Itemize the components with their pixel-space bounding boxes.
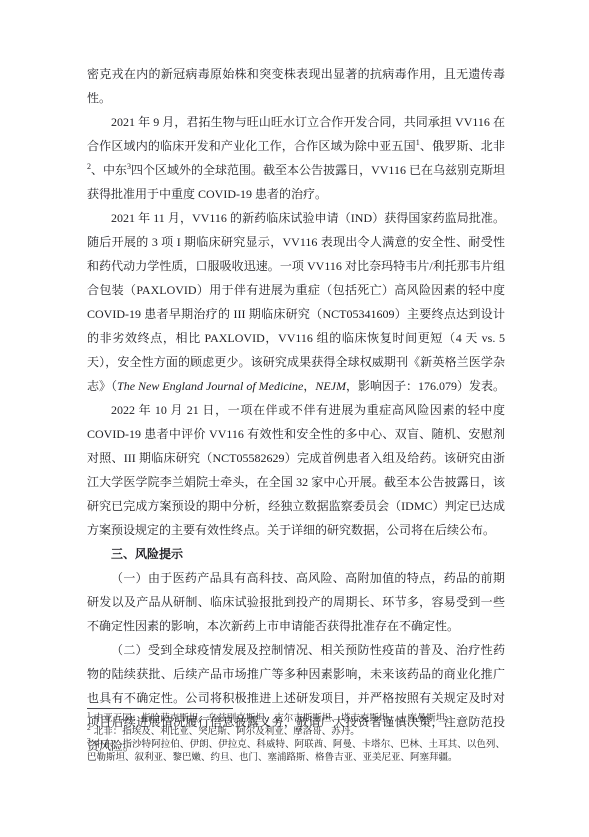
paragraph-2021-11-clinical-trials: 2021 年 11 月，VV116 的新药临床试验申请（IND）获得国家药监局批… (87, 206, 505, 398)
footnote-separator-line (87, 708, 233, 709)
paragraph-text: 、中东 (91, 163, 127, 177)
paragraph-2021-09-cooperation: 2021 年 9 月，君拓生物与旺山旺水订立合作开发合同，共同承担 VV116 … (87, 110, 505, 206)
document-body: 密克戎在内的新冠病毒原始株和突变株表现出显著的抗病毒作用，且无遗传毒性。 202… (87, 62, 505, 758)
paragraph-text: 四个区域外的全球范围。截至本公告披露日，VV116 已在乌兹别克斯坦获得批准用于… (87, 163, 505, 201)
paragraph-risk-1: （一）由于医药产品具有高科技、高风险、高附加值的特点，药品的前期研发以及产品从研… (87, 566, 505, 638)
paragraph-antiviral-continuation: 密克戎在内的新冠病毒原始株和突变株表现出显著的抗病毒作用，且无遗传毒性。 (87, 62, 505, 110)
footnote-text: 中东：指沙特阿拉伯、伊朗、伊拉克、科威特、阿联酋、阿曼、卡塔尔、巴林、土耳其、以… (87, 740, 505, 763)
journal-title-abbrev: NEJM (315, 379, 346, 393)
footnote-marker-3: 3 (87, 736, 91, 745)
footnote-text: 北非：指埃及、利比亚、突尼斯、阿尔及利亚、摩洛哥、苏丹。 (94, 727, 360, 737)
footnotes-section: 1中亚五国：指哈萨克斯坦、乌兹别克斯坦、吉尔吉斯斯坦、塔吉克斯坦、土库曼斯坦。 … (87, 708, 505, 765)
footnote-marker-1: 1 (87, 710, 91, 719)
paragraph-2022-10-phase3-study: 2022 年 10 月 21 日，一项在伴或不伴有进展为重症高风险因素的轻中度 … (87, 398, 505, 542)
risk-warning-heading: 三、风险提示 (87, 542, 505, 566)
footnote-marker-2: 2 (87, 723, 91, 732)
footnote-text: 中亚五国：指哈萨克斯坦、乌兹别克斯坦、吉尔吉斯斯坦、塔吉克斯坦、土库曼斯坦。 (94, 714, 455, 724)
journal-title-full: The New England Journal of Medicine (117, 379, 303, 393)
paragraph-text: ，影响因子：176.079）发表。 (346, 379, 505, 393)
paragraph-text: 、俄罗斯、北非 (420, 139, 505, 153)
paragraph-text: ， (303, 379, 315, 393)
footnote-middle-east: 3中东：指沙特阿拉伯、伊朗、伊拉克、科威特、阿联酋、阿曼、卡塔尔、巴林、土耳其、… (87, 739, 505, 765)
footnote-central-asia: 1中亚五国：指哈萨克斯坦、乌兹别克斯坦、吉尔吉斯斯坦、塔吉克斯坦、土库曼斯坦。 (87, 713, 505, 726)
footnote-north-africa: 2北非：指埃及、利比亚、突尼斯、阿尔及利亚、摩洛哥、苏丹。 (87, 726, 505, 739)
paragraph-text: 2021 年 11 月，VV116 的新药临床试验申请（IND）获得国家药监局批… (87, 211, 505, 393)
document-page: 密克戎在内的新冠病毒原始株和突变株表现出显著的抗病毒作用，且无遗传毒性。 202… (0, 0, 589, 837)
